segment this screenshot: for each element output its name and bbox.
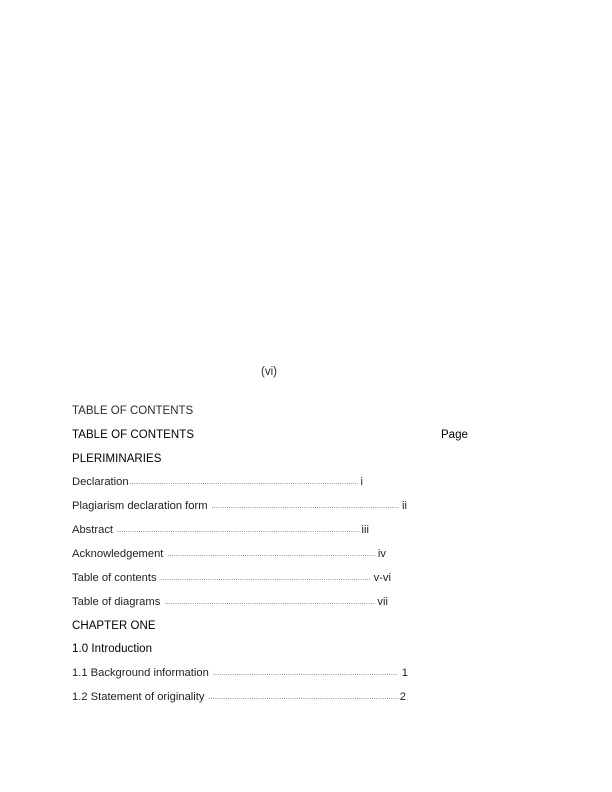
toc-entry-label: Declaration bbox=[72, 474, 129, 490]
toc-entry-page: ii bbox=[402, 498, 407, 514]
dot-leader: ........................................… bbox=[208, 690, 399, 706]
section-heading-chapter-one: CHAPTER ONE bbox=[72, 618, 156, 634]
toc-entry-page: iv bbox=[378, 546, 386, 562]
dot-leader: ........................................… bbox=[212, 499, 399, 515]
toc-entry[interactable]: Declaration ............................… bbox=[72, 474, 363, 490]
toc-entry-label: 1.1 Background information bbox=[72, 665, 209, 681]
toc-entry[interactable]: 1.1 Background information .............… bbox=[72, 665, 408, 681]
toc-entry[interactable]: Plagiarism declaration form ............… bbox=[72, 498, 407, 514]
toc-entry-label: Table of diagrams bbox=[72, 594, 160, 610]
toc-entry-label: Abstract bbox=[72, 522, 113, 538]
dot-leader: ........................................… bbox=[161, 571, 371, 587]
page-marker: (vi) bbox=[261, 366, 277, 378]
toc-entry[interactable]: Table of contents ......................… bbox=[72, 570, 391, 586]
dot-leader: ........................................… bbox=[213, 666, 397, 682]
toc-entry-label: 1.2 Statement of originality bbox=[72, 689, 204, 705]
dot-leader: ........................................… bbox=[117, 523, 358, 539]
toc-entry-label: Plagiarism declaration form bbox=[72, 498, 208, 514]
toc-entry[interactable]: Acknowledgement ........................… bbox=[72, 546, 386, 562]
toc-entry-page: vii bbox=[377, 594, 388, 610]
toc-entry-page: 2 bbox=[400, 689, 406, 705]
toc-entry-page: i bbox=[361, 474, 364, 490]
section-heading-preliminaries: PLERIMINARIES bbox=[72, 451, 161, 467]
toc-entry-page: iii bbox=[362, 522, 369, 538]
toc-entry-page: v-vi bbox=[374, 570, 391, 586]
toc-entry-label: Table of contents bbox=[72, 570, 157, 586]
toc-entry-page: 1 bbox=[402, 665, 408, 681]
section-subheading-introduction: 1.0 Introduction bbox=[72, 641, 152, 657]
toc-entry[interactable]: Abstract ...............................… bbox=[72, 522, 369, 538]
toc-header-title: TABLE OF CONTENTS bbox=[72, 427, 194, 443]
dot-leader: ........................................… bbox=[130, 475, 358, 491]
toc-entry[interactable]: Table of diagrams ......................… bbox=[72, 594, 388, 610]
dot-leader: ........................................… bbox=[164, 595, 374, 611]
toc-title: TABLE OF CONTENTS bbox=[72, 403, 193, 419]
toc-entry[interactable]: 1.2 Statement of originality ...........… bbox=[72, 689, 406, 705]
dot-leader: ........................................… bbox=[167, 547, 374, 563]
toc-entry-label: Acknowledgement bbox=[72, 546, 163, 562]
page-column-header: Page bbox=[441, 427, 468, 443]
